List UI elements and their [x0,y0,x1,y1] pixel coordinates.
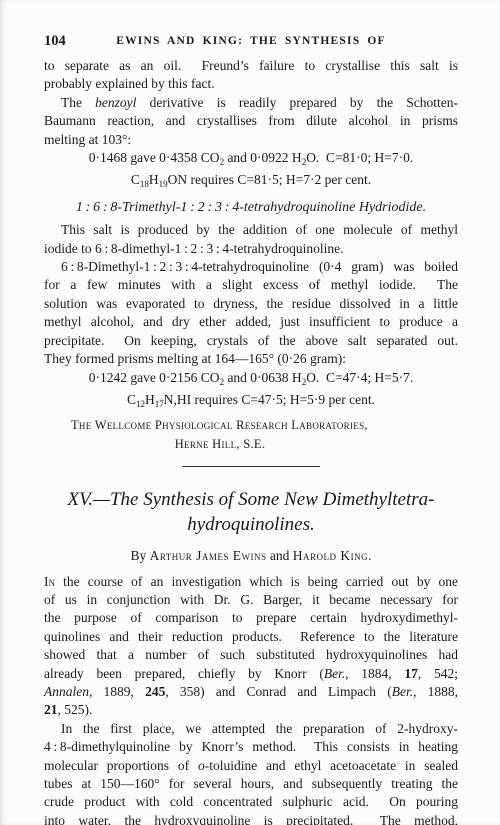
text-segment: XV.—The Synthesis of Some New Dimethylte… [68,489,435,510]
combustion-analysis-2: 0·1242 gave 0·2156 CO2 and 0·0638 H2O. C… [44,369,458,414]
text-line: for a few minutes with a slight excess o… [44,276,458,294]
text-line: 4 : 8-dimethylquinoline by Knorr’s metho… [44,738,458,756]
text-line: hydroquinolines. [44,512,458,537]
text-segment: N,HI requires C=47·5; H=5·9 per cent. [164,392,375,407]
text-line: In the course of an investigation which … [44,573,458,591]
text-line: 0·1468 gave 0·4358 CO2 and 0·0922 H2O. C… [44,149,458,171]
text-segment: In [44,574,55,589]
text-segment: , 1888, [413,684,458,699]
text-segment: , 525). [58,702,93,717]
text-line: This salt is produced by the addition of… [44,221,458,239]
text-segment: methyl alcohol, and dry ether added, jus… [44,314,458,329]
text-segment: Annalen [44,684,89,699]
text-segment: and 0·0638 H [224,370,302,385]
text-line: The Wellcome Physiological Research Labo… [44,418,458,436]
text-segment: into water, the hydroxyquinoline is prec… [44,813,458,825]
running-title: EWINS AND KING: THE SYNTHESIS OF [44,35,458,47]
text-segment: Ber. [392,684,413,699]
text-segment: and 0·0922 H [224,150,302,165]
text-line: Annalen, 1889, 245, 358) and Conrad and … [44,683,458,701]
text-line: the purpose of comparison to prepare cer… [44,609,458,627]
text-segment: -toluidine and ethyl acetoacetate in sea… [205,758,458,773]
text-segment: 1 : 6 : 8-Trimethyl-1 : 2 : 3 : 4-tetrah… [76,200,426,215]
text-line: of us in conjunction with Dr. G. Barger,… [44,591,458,609]
text-segment: ON requires C=81·5; H=7·2 per cent. [168,172,371,187]
text-segment: C [131,172,140,187]
text-segment: 245 [145,684,165,699]
text-segment: In the first place, we attempted the pre… [61,721,458,736]
text-segment: tubes at 150—160° for several hours, and… [44,776,458,791]
text-line: 0·1242 gave 0·2156 CO2 and 0·0638 H2O. C… [44,369,458,391]
text-line: Herne Hill, S.E. [44,437,458,455]
text-segment: showed that a number of such substituted… [44,647,458,662]
text-segment: , 542; [418,666,458,681]
text-line: The benzoyl derivative is readily prepar… [44,94,458,112]
text-line: iodide to 6 : 8-dimethyl-1 : 2 : 3 : 4-t… [44,240,458,258]
text-segment: of us in conjunction with Dr. G. Barger,… [44,592,458,607]
text-line: tubes at 150—160° for several hours, and… [44,775,458,793]
text-segment: crude product with cold concentrated sul… [44,794,458,809]
text-segment: Baumann reaction, and crystallises from … [44,113,458,128]
first-attempt-paragraph: In the first place, we attempted the pre… [44,720,458,825]
text-segment: melting at 103°: [44,132,131,147]
text-line: XV.—The Synthesis of Some New Dimethylte… [44,487,458,512]
text-segment: 21 [44,702,58,717]
text-segment: hydroquinolines. [187,514,315,535]
article-byline: By Arthur James Ewins and Harold King. [44,547,458,565]
text-segment: 0·1242 gave 0·2156 CO [89,370,220,385]
text-segment: 17 [404,666,418,681]
text-line: They formed prisms melting at 164—165° (… [44,350,458,368]
text-segment: for a few minutes with a slight excess o… [44,277,458,292]
text-segment: derivative is readily prepared by the Sc… [136,95,458,110]
text-segment: o [198,758,205,773]
text-segment: precipitate. On keeping, crystals of the… [44,333,458,348]
text-segment: Harold King [293,548,368,563]
compound-section-heading: 1 : 6 : 8-Trimethyl-1 : 2 : 3 : 4-tetrah… [44,199,458,217]
text-line: precipitate. On keeping, crystals of the… [44,332,458,350]
text-segment: The Wellcome Physiological Research Labo… [71,418,368,432]
text-segment: By [130,548,149,563]
text-segment: 19 [159,179,168,189]
text-segment: The [61,95,95,110]
introduction-paragraph: In the course of an investigation which … [44,573,458,720]
combustion-analysis-1: 0·1468 gave 0·4358 CO2 and 0·0922 H2O. C… [44,149,458,194]
text-segment: , 1884, [345,666,404,681]
text-segment: O. C=81·0; H=7·0. [306,150,413,165]
text-segment: benzoyl [95,95,136,110]
benzoyl-derivative-paragraph: The benzoyl derivative is readily prepar… [44,94,458,149]
text-segment: They formed prisms melting at 164—165° (… [44,351,346,366]
text-segment: C [127,392,136,407]
text-segment: and [267,548,293,563]
continuation-paragraph: to separate as an oil. Freund’s failure … [44,57,458,94]
journal-page: 104 EWINS AND KING: THE SYNTHESIS OF to … [0,0,500,825]
text-segment: solution was evaporated to dryness, the … [44,296,458,311]
text-line: crude product with cold concentrated sul… [44,793,458,811]
text-segment: . [368,548,371,563]
text-line: 6 : 8-Dimethyl-1 : 2 : 3 : 4-tetrahydroq… [44,258,458,276]
text-segment: to separate as an oil. Freund’s failure … [44,58,458,73]
text-segment: This salt is produced by the addition of… [61,222,458,237]
text-line: Baumann reaction, and crystallises from … [44,112,458,130]
content-blocks: to separate as an oil. Freund’s failure … [44,57,458,825]
page-header: 104 EWINS AND KING: THE SYNTHESIS OF [44,33,458,50]
text-segment: quinolines and their reduction products.… [44,629,458,644]
text-segment: molecular proportions of [44,758,198,773]
text-segment: O. C=47·4; H=5·7. [306,370,413,385]
text-segment: 6 : 8-Dimethyl-1 : 2 : 3 : 4-tetrahydroq… [61,259,458,274]
text-segment: Herne Hill, S.E. [175,437,266,451]
text-line: probably explained by this fact. [44,75,458,93]
text-line: 1 : 6 : 8-Trimethyl-1 : 2 : 3 : 4-tetrah… [44,199,458,217]
text-line: C12H17N,HI requires C=47·5; H=5·9 per ce… [44,391,458,413]
text-segment: H [145,392,155,407]
text-line: melting at 103°: [44,131,458,149]
text-segment: , 1889, [89,684,145,699]
text-line: In the first place, we attempted the pre… [44,720,458,738]
text-segment: the purpose of comparison to prepare cer… [44,610,458,625]
text-line: into water, the hydroxyquinoline is prec… [44,812,458,825]
laboratory-signature: The Wellcome Physiological Research Labo… [44,418,458,455]
text-segment: 12 [136,399,145,409]
preparation-paragraph: 6 : 8-Dimethyl-1 : 2 : 3 : 4-tetrahydroq… [44,258,458,368]
text-segment: already been prepared, chiefly by Knorr … [44,666,324,681]
text-segment: the course of an investigation which is … [55,574,458,589]
text-line: showed that a number of such substituted… [44,646,458,664]
text-line: molecular proportions of o-toluidine and… [44,757,458,775]
article-title: XV.—The Synthesis of Some New Dimethylte… [44,487,458,537]
text-line: solution was evaporated to dryness, the … [44,295,458,313]
text-line: 21, 525). [44,701,458,719]
section-divider-rule [182,466,320,467]
text-line: already been prepared, chiefly by Knorr … [44,665,458,683]
text-line: quinolines and their reduction products.… [44,628,458,646]
text-line: to separate as an oil. Freund’s failure … [44,57,458,75]
text-segment: Arthur James Ewins [150,548,267,563]
salt-production-paragraph: This salt is produced by the addition of… [44,221,458,258]
text-line: C18H19ON requires C=81·5; H=7·2 per cent… [44,171,458,193]
text-segment: Ber. [324,666,345,681]
text-segment: 17 [155,399,164,409]
text-segment: iodide to 6 : 8-dimethyl-1 : 2 : 3 : 4-t… [44,241,343,256]
text-line: By Arthur James Ewins and Harold King. [44,547,458,565]
text-segment: H [149,172,159,187]
text-segment: 4 : 8-dimethylquinoline by Knorr’s metho… [44,739,458,754]
text-segment: , 358) and Conrad and Limpach ( [165,684,391,699]
text-segment: 18 [140,179,149,189]
text-segment: 0·1468 gave 0·4358 CO [89,150,220,165]
text-segment: probably explained by this fact. [44,76,215,91]
text-line: methyl alcohol, and dry ether added, jus… [44,313,458,331]
